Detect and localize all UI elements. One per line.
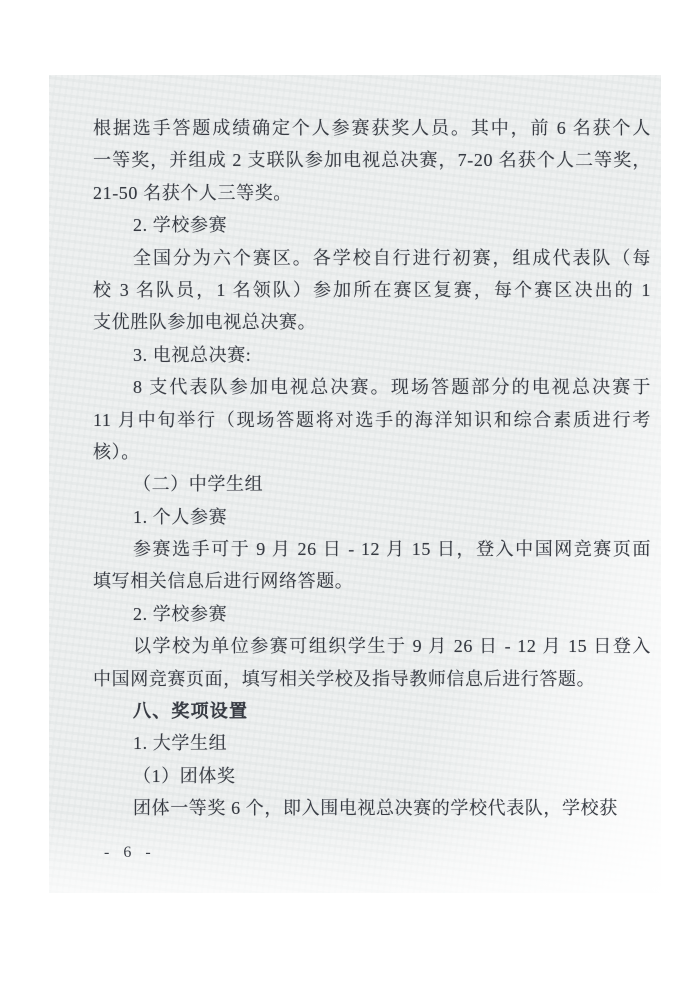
document-line: 根据选手答题成绩确定个人参赛获奖人员。其中，前 6 名获个人 bbox=[93, 112, 651, 144]
scan-canvas: 根据选手答题成绩确定个人参赛获奖人员。其中，前 6 名获个人 一等奖，并组成 2… bbox=[0, 0, 700, 983]
subsection-heading: 2. 学校参赛 bbox=[93, 598, 651, 630]
subsection-heading: 1. 个人参赛 bbox=[93, 501, 651, 533]
document-line: 核）。 bbox=[93, 436, 651, 468]
subsection-heading: 1. 大学生组 bbox=[93, 727, 651, 759]
document-line: 8 支代表队参加电视总决赛。现场答题部分的电视总决赛于 bbox=[93, 371, 651, 403]
document-line: 参赛选手可于 9 月 26 日 - 12 月 15 日，登入中国网竞赛页面 bbox=[93, 533, 651, 565]
section-heading: 八、奖项设置 bbox=[93, 695, 651, 727]
document-line: 以学校为单位参赛可组织学生于 9 月 26 日 - 12 月 15 日登入 bbox=[93, 630, 651, 662]
document-line: 校 3 名队员，1 名领队）参加所在赛区复赛，每个赛区决出的 1 bbox=[93, 274, 651, 306]
document-line: 中国网竞赛页面，填写相关学校及指导教师信息后进行答题。 bbox=[93, 663, 651, 695]
document-line: 团体一等奖 6 个，即入围电视总决赛的学校代表队，学校获 bbox=[93, 792, 651, 824]
subsection-heading: 2. 学校参赛 bbox=[93, 209, 651, 241]
page-number: - 6 - bbox=[104, 843, 156, 863]
page-scan: 根据选手答题成绩确定个人参赛获奖人员。其中，前 6 名获个人 一等奖，并组成 2… bbox=[49, 75, 661, 893]
document-line: 支优胜队参加电视总决赛。 bbox=[93, 306, 651, 338]
document-line: 全国分为六个赛区。各学校自行进行初赛，组成代表队（每 bbox=[93, 242, 651, 274]
subsection-heading: （二）中学生组 bbox=[93, 468, 651, 500]
document-line: 11 月中旬举行（现场答题将对选手的海洋知识和综合素质进行考 bbox=[93, 404, 651, 436]
subsection-heading: 3. 电视总决赛: bbox=[93, 339, 651, 371]
document-body: 根据选手答题成绩确定个人参赛获奖人员。其中，前 6 名获个人 一等奖，并组成 2… bbox=[93, 112, 651, 825]
document-line: 填写相关信息后进行网络答题。 bbox=[93, 565, 651, 597]
subsection-heading: （1）团体奖 bbox=[93, 760, 651, 792]
document-line: 一等奖，并组成 2 支联队参加电视总决赛，7-20 名获个人二等奖， bbox=[93, 144, 651, 176]
document-line: 21-50 名获个人三等奖。 bbox=[93, 177, 651, 209]
